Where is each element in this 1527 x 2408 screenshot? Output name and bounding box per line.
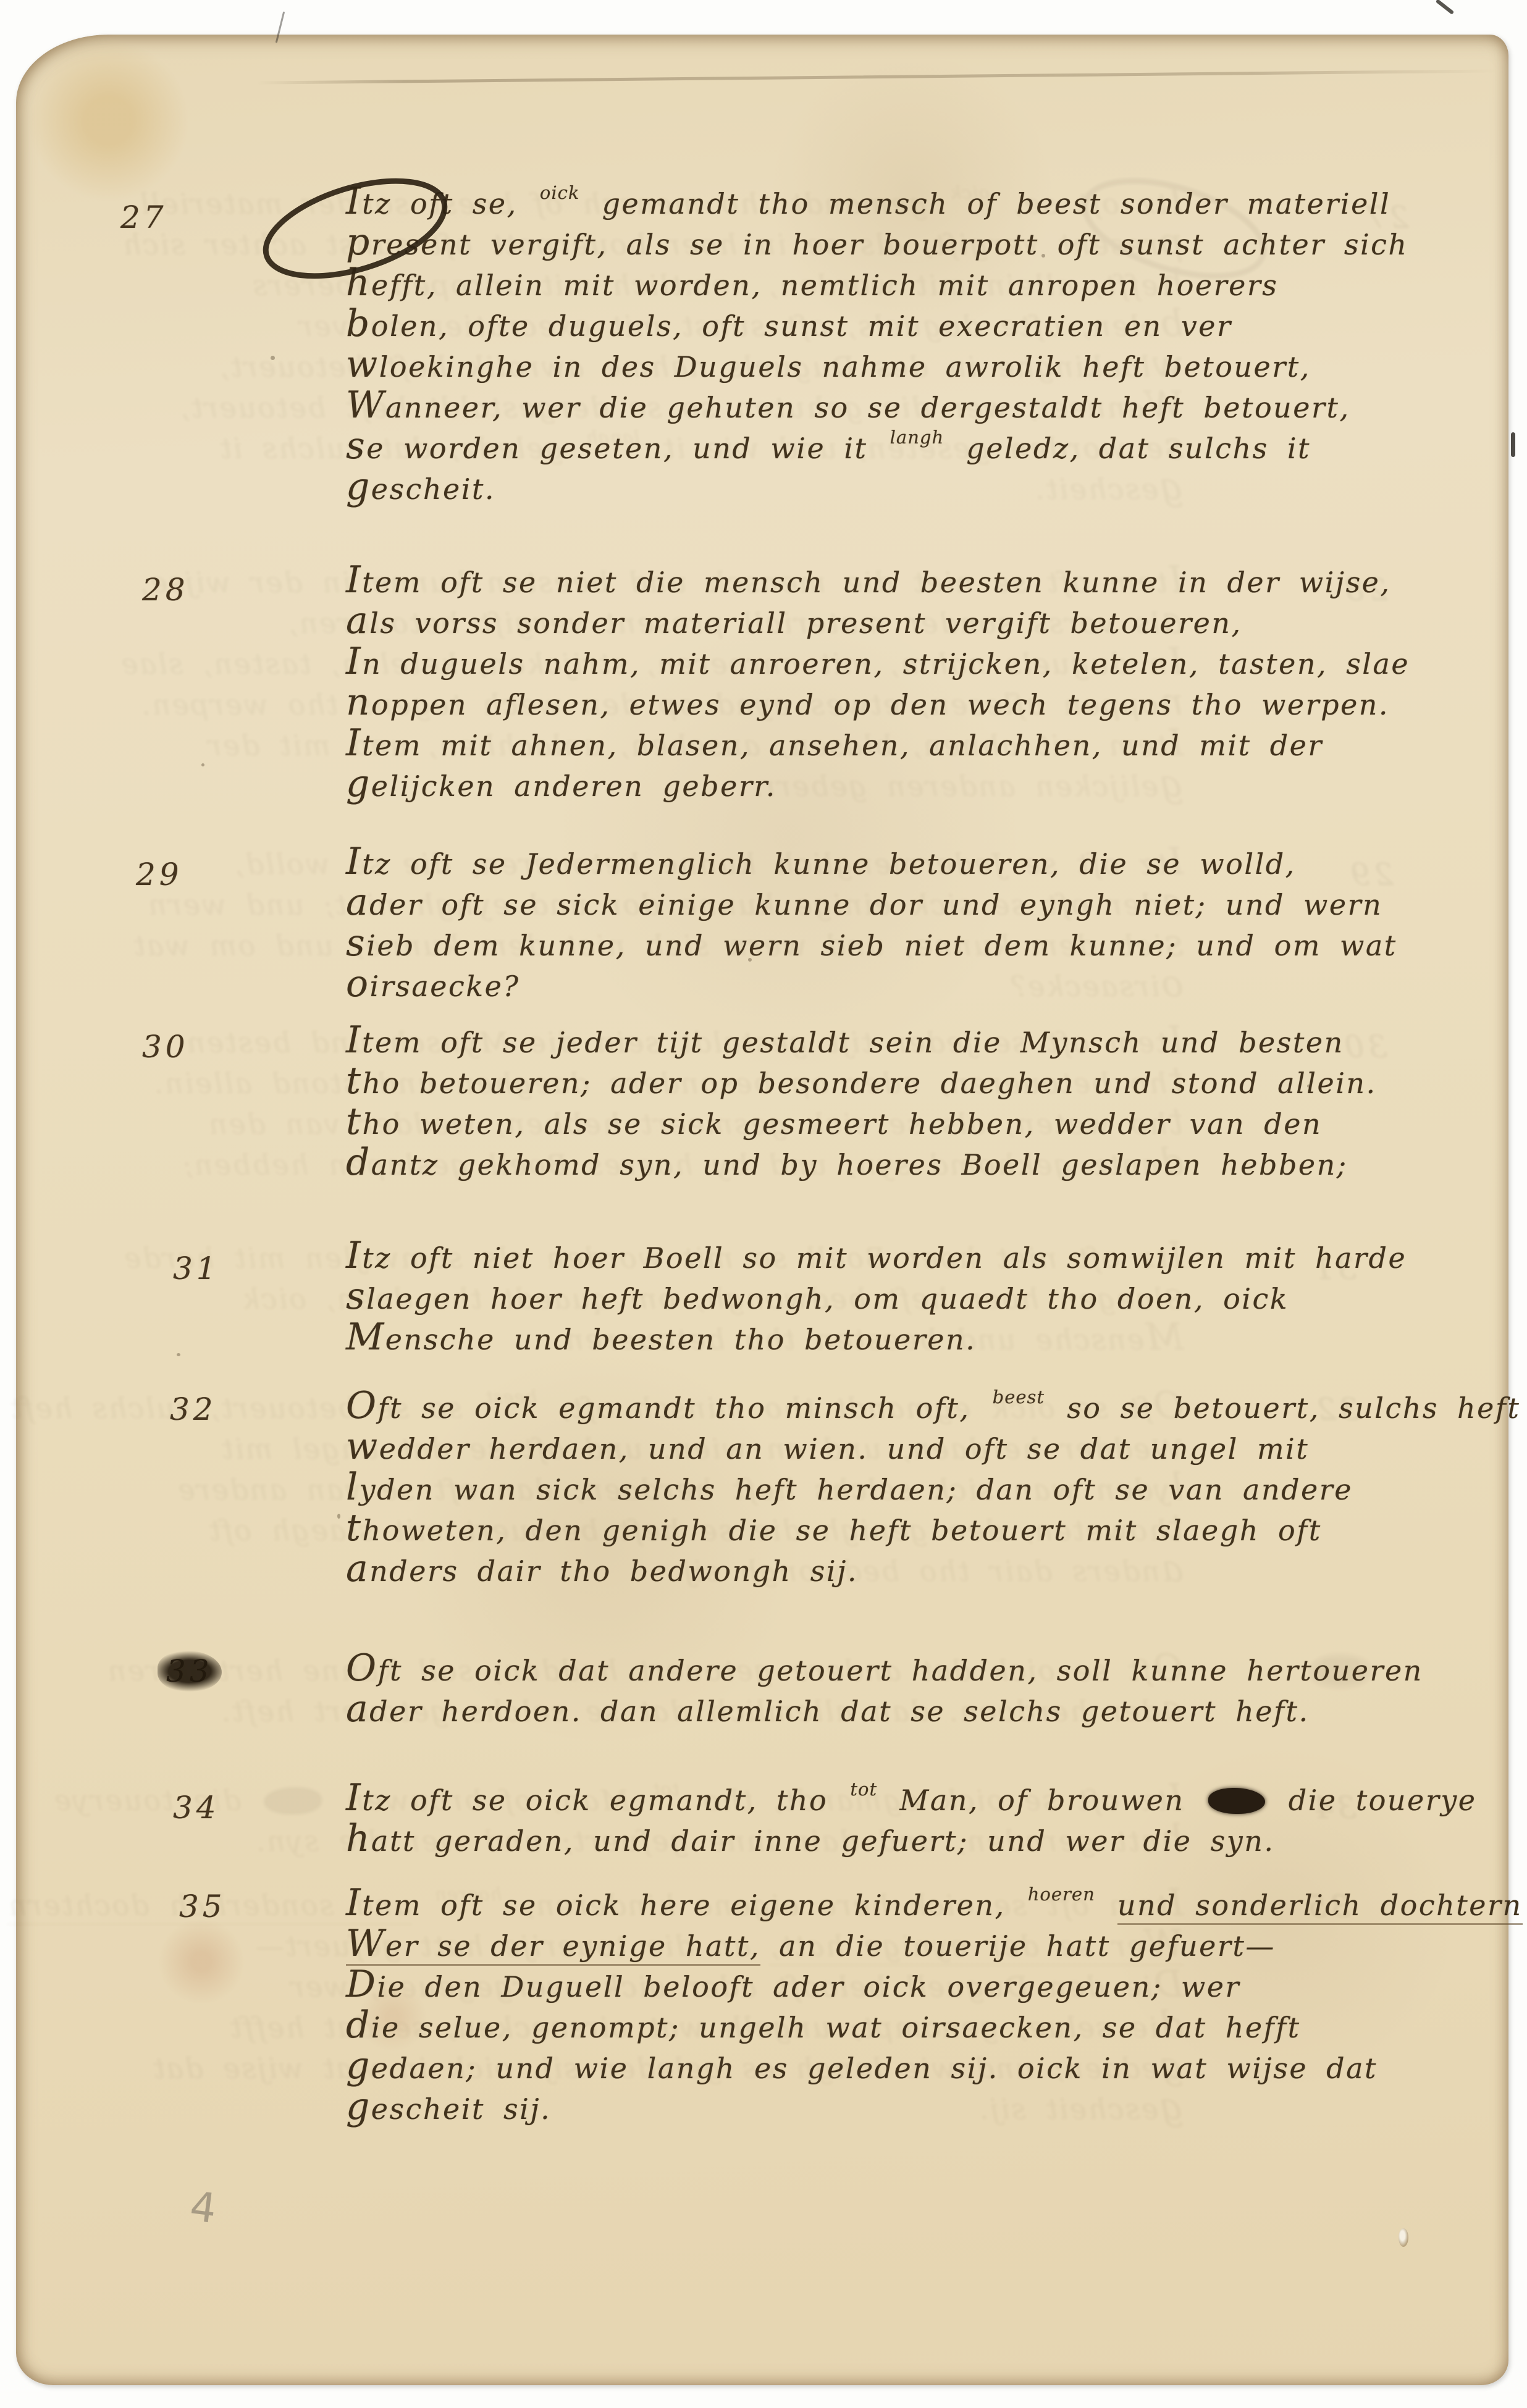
text-segment: an die touerije hatt gefuert— — [779, 1929, 1276, 1963]
manuscript-line: ader herdoen. dan allemlich dat se selch… — [346, 1689, 1464, 1729]
text-segment: thoweten, den genigh die se heft betouer… — [346, 1514, 1322, 1547]
manuscript-line: Itz oft se, oick gemandt tho mensch of b… — [346, 181, 1464, 222]
manuscript-line: Oft se oick egmandt tho minsch oft, bees… — [346, 1385, 1464, 1426]
text-segment: so se betouert, sulchs heft — [1067, 1391, 1520, 1425]
margin-number: 32 — [170, 1391, 217, 1427]
scan-edge-mark — [1511, 432, 1515, 457]
text-segment: In duguels nahm, mit anroeren, strijcken… — [346, 647, 1410, 681]
manuscript-line: anders dair tho bedwongh sij. — [346, 1548, 1464, 1589]
paper-speck — [271, 356, 275, 360]
underlined-text: Wer se der eynige hatt, — [346, 1929, 760, 1966]
text-segment: Itz oft se oick egmandt, tho — [346, 1784, 828, 1817]
text-segment: Die den Duguell belooft ader oick overge… — [346, 1970, 1240, 2003]
manuscript-line: slaegen hoer heft bedwongh, om quaedt th… — [346, 1276, 1464, 1317]
ink-blot-strikeout — [264, 1788, 321, 1814]
text-segment: Itz oft se, — [346, 187, 518, 220]
margin-number: 30 — [142, 1029, 189, 1065]
manuscript-line: die selue, genompt; ungelh wat oirsaecke… — [346, 2005, 1464, 2045]
text-segment: tho weten, als se sick gesmeert hebben, … — [346, 1107, 1322, 1141]
question-paragraph: 31Itz oft niet hoer Boell so mit worden … — [346, 1235, 1464, 1357]
question-paragraph: 28Item oft se niet die mensch und beeste… — [346, 560, 1464, 804]
text-segment: Oft se oick egmandt tho minsch oft, — [346, 1391, 970, 1425]
text-segment: ader oft se sick einige kunne dor und ey… — [346, 888, 1382, 921]
text-segment: Item oft se jeder tijt gestaldt sein die… — [346, 1026, 1344, 1059]
text-segment: hefft, allein mit worden, nemtlich mit a… — [346, 269, 1278, 302]
manuscript-line: als vorss sonder materiall present vergi… — [346, 600, 1464, 641]
scan-edge-mark — [1436, 0, 1454, 15]
text-segment: gelijcken anderen geberr. — [346, 770, 776, 803]
margin-number: 31 — [173, 1251, 220, 1286]
manuscript-line: Item oft se niet die mensch und beesten … — [346, 560, 1464, 600]
manuscript-line: ader oft se sick einige kunne dor und ey… — [346, 882, 1464, 923]
text-segment: Item oft se niet die mensch und beesten … — [346, 566, 1391, 599]
scan-backdrop: 27Itz oft se, oick gemandt tho mensch of… — [0, 0, 1527, 2408]
manuscript-line: gescheit sij. — [346, 2086, 1464, 2127]
manuscript-line: Item oft se oick here eigene kinderen, h… — [346, 1882, 1464, 1923]
manuscript-line: oirsaecke? — [346, 963, 1464, 1004]
manuscript-paper: 27Itz oft se, oick gemandt tho mensch of… — [16, 35, 1508, 2385]
manuscript-line: tho weten, als se sick gesmeert hebben, … — [346, 1101, 1464, 1142]
manuscript-line: hefft, allein mit worden, nemtlich mit a… — [346, 262, 1464, 303]
manuscript-line: Die den Duguell belooft ader oick overge… — [346, 1964, 1464, 2005]
manuscript-line: lyden wan sick selchs heft herdaen; dan … — [346, 1467, 1464, 1508]
text-segment: tho betoueren; ader op besondere daeghen… — [346, 1067, 1377, 1100]
manuscript-line: Oft se oick dat andere getouert hadden, … — [346, 1648, 1464, 1689]
text-segment: die selue, genompt; ungelh wat oirsaecke… — [346, 2011, 1301, 2044]
question-paragraph: 27Itz oft se, oick gemandt tho mensch of… — [346, 181, 1464, 507]
margin-number: 34 — [173, 1790, 220, 1826]
margin-number: 35 — [179, 1889, 226, 1924]
text-segment: bolen, ofte duguels, oft sunst mit execr… — [346, 309, 1232, 343]
manuscript-line: sieb dem kunne, und wern sieb niet dem k… — [346, 923, 1464, 963]
text-segment: Mensche und beesten tho betoueren. — [346, 1323, 976, 1356]
text-segment: noppen aflesen, etwes eynd op den wech t… — [346, 688, 1389, 721]
question-paragraph: 29Itz oft se Jedermenglich kunne betouer… — [346, 841, 1464, 1004]
manuscript-line: bolen, ofte duguels, oft sunst mit execr… — [346, 303, 1464, 344]
paper-crease — [257, 69, 1499, 84]
manuscript-line: Itz oft niet hoer Boell so mit worden al… — [346, 1235, 1464, 1276]
question-paragraph: 32Oft se oick egmandt tho minsch oft, be… — [346, 1385, 1464, 1589]
manuscript-line: wloekinghe in des Duguels nahme awrolik … — [346, 344, 1464, 385]
superscript-insertion: tot — [850, 1769, 877, 1810]
text-segment: ader herdoen. dan allemlich dat se selch… — [346, 1695, 1310, 1728]
text-segment: gemandt tho mensch of beest sonder mater… — [602, 187, 1391, 220]
paper-speck — [201, 763, 204, 766]
superscript-insertion: hoeren — [1028, 1874, 1095, 1915]
manuscript-line: gescheit. — [346, 466, 1464, 507]
text-segment: dantz gekhomd syn, und by hoeres Boell g… — [346, 1148, 1348, 1181]
margin-number: 29 — [136, 857, 183, 892]
manuscript-line: hatt geraden, und dair inne gefuert; und… — [346, 1818, 1464, 1859]
text-segment: lyden wan sick selchs heft herdaen; dan … — [346, 1473, 1353, 1506]
manuscript-line: Item oft se jeder tijt gestaldt sein die… — [346, 1020, 1464, 1060]
margin-number: 27 — [120, 199, 167, 235]
manuscript-line: gelijcken anderen geberr. — [346, 763, 1464, 804]
text-segment: oirsaecke? — [346, 970, 520, 1003]
text-segment: se worden geseten, und wie it — [346, 432, 868, 465]
manuscript-line: gedaen; und wie langh es geleden sij. oi… — [346, 2045, 1464, 2086]
question-paragraph: 30Item oft se jeder tijt gestaldt sein d… — [346, 1020, 1464, 1183]
superscript-insertion: beest — [993, 1377, 1045, 1417]
manuscript-line: Wer se der eynige hatt, an die touerije … — [346, 1923, 1464, 1964]
manuscript-line: In duguels nahm, mit anroeren, strijcken… — [346, 641, 1464, 682]
text-segment: sieb dem kunne, und wern sieb niet dem k… — [346, 929, 1397, 962]
manuscript-line: Mensche und beesten tho betoueren. — [346, 1317, 1464, 1357]
text-segment: als vorss sonder materiall present vergi… — [346, 606, 1242, 640]
text-segment: gescheit sij. — [346, 2092, 551, 2126]
manuscript-line: thoweten, den genigh die se heft betouer… — [346, 1508, 1464, 1548]
text-segment: Oft se oick dat andere getouert hadden, … — [346, 1654, 1423, 1687]
text-segment: Item oft se oick here eigene kinderen, — [346, 1889, 1006, 1922]
manuscript-text-column: 27Itz oft se, oick gemandt tho mensch of… — [346, 181, 1464, 2127]
superscript-insertion: langh — [890, 417, 944, 458]
text-segment: Item mit ahnen, blasen, ansehen, anlachh… — [346, 729, 1323, 762]
manuscript-line: se worden geseten, und wie it langh gele… — [346, 426, 1464, 466]
text-segment: present vergift, als se in hoer bouerpot… — [346, 228, 1408, 261]
text-segment: Itz oft se Jedermenglich kunne betoueren… — [346, 847, 1296, 881]
ink-blot-strikeout — [1208, 1788, 1265, 1814]
text-segment: Wanneer, wer die gehuten so se dergestal… — [346, 391, 1350, 424]
paper-speck — [337, 1514, 340, 1519]
text-segment: Itz oft niet hoer Boell so mit worden al… — [346, 1241, 1407, 1275]
text-segment: gescheit. — [346, 472, 495, 506]
margin-number: 28 — [142, 572, 189, 608]
question-paragraph: 34Itz oft se oick egmandt, tho tot Man, … — [346, 1777, 1464, 1859]
manuscript-line: tho betoueren; ader op besondere daeghen… — [346, 1060, 1464, 1101]
superscript-insertion: oick — [540, 172, 580, 213]
question-paragraph: 33Oft se oick dat andere getouert hadden… — [346, 1648, 1464, 1729]
text-segment: wedder herdaen, und an wien. und oft se … — [346, 1432, 1309, 1466]
text-segment: slaegen hoer heft bedwongh, om quaedt th… — [346, 1282, 1289, 1315]
manuscript-line: Itz oft se Jedermenglich kunne betoueren… — [346, 841, 1464, 882]
paper-hole — [1399, 2228, 1408, 2247]
text-segment: hatt geraden, und dair inne gefuert; und… — [346, 1824, 1275, 1858]
text-segment: die touerye — [1289, 1784, 1477, 1817]
manuscript-line: noppen aflesen, etwes eynd op den wech t… — [346, 682, 1464, 723]
paper-speck — [177, 1353, 180, 1356]
text-segment: geledz, dat sulchs it — [966, 432, 1311, 465]
text-segment: gedaen; und wie langh es geleden sij. oi… — [346, 2052, 1378, 2085]
manuscript-line: wedder herdaen, und an wien. und oft se … — [346, 1426, 1464, 1467]
manuscript-line: present vergift, als se in hoer bouerpot… — [346, 222, 1464, 262]
question-paragraph: 35Item oft se oick here eigene kinderen,… — [346, 1882, 1464, 2127]
pencil-page-number: 4 — [187, 2183, 219, 2233]
text-segment: wloekinghe in des Duguels nahme awrolik … — [346, 350, 1311, 384]
manuscript-line: dantz gekhomd syn, und by hoeres Boell g… — [346, 1142, 1464, 1183]
manuscript-line: Itz oft se oick egmandt, tho tot Man, of… — [346, 1777, 1464, 1818]
underlined-text: und sonderlich dochtern — [1117, 1889, 1523, 1925]
text-segment: Man, of brouwen — [899, 1784, 1184, 1817]
margin-number: 33 — [158, 1651, 222, 1692]
text-segment: anders dair tho bedwongh sij. — [346, 1554, 858, 1588]
manuscript-line: Item mit ahnen, blasen, ansehen, anlachh… — [346, 723, 1464, 763]
